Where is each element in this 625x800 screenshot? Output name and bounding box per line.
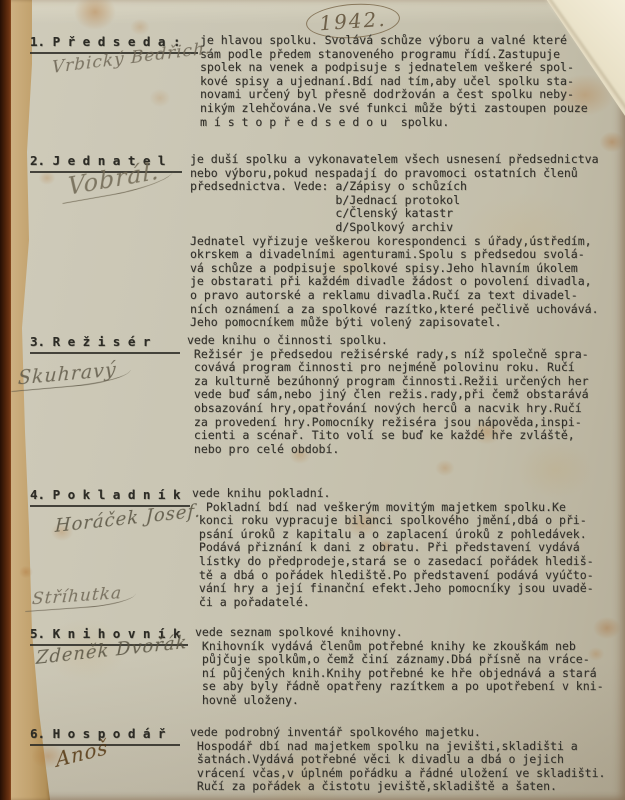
typed-line: nikým zlehčována.Ve své funkci může býti… <box>200 102 588 116</box>
typed-line: nebo pro celé období. <box>187 443 589 457</box>
typed-line: či a pořadatelé. <box>192 596 594 610</box>
typed-line: Knihovník vydává členům potřebné knihy k… <box>195 640 604 654</box>
typed-line: nebo výboru,pokud nespadají do pravomoci… <box>190 167 599 181</box>
section-body: vede knihu o činnosti spolku. Režisér je… <box>187 334 589 456</box>
year-label: 1942. <box>319 7 388 36</box>
typed-line: psání úroků z kapitalu a o zaplacení úro… <box>192 528 594 542</box>
typed-line: za kulturně bezúhonný program činnosti.R… <box>187 375 589 389</box>
typed-line: Pokladní bdí nad veškerým movitým majetk… <box>192 501 594 515</box>
typed-line: Režisér je předsedou režisérské rady,s n… <box>187 348 589 362</box>
typed-line: Ručí za pořádek a čistotu jeviště,skladi… <box>190 780 605 794</box>
typed-line: vrácení včas,v úplném pořádku a řádné ul… <box>190 767 605 781</box>
section-body: je duší spolku a vykonavatelem všech usn… <box>190 153 599 330</box>
typed-line: m í s t o p ř e d s e d o u spolku. <box>200 116 588 130</box>
typed-line: ních oznámení a za spolkové razítko,kter… <box>190 303 599 317</box>
section-body: vede podrobný inventář spolkového majetk… <box>190 726 605 794</box>
book-binding-edge <box>0 0 11 800</box>
typed-line: je obstarati při každém divadle žádost o… <box>190 275 599 289</box>
typed-line: za provedení hry.Pomocníky režiséra jsou… <box>187 416 589 430</box>
typed-line: hovně uloženy. <box>195 694 604 708</box>
typed-line: d/Spolkový archiv <box>190 221 599 235</box>
typed-line: vede knihu pokladní. <box>192 487 594 501</box>
typed-line: se aby byly řádně opatřeny razítkem a po… <box>195 680 604 694</box>
typed-line: je hlavou spolku. Svolává schůze výboru … <box>200 34 588 48</box>
typed-line: vede seznam spolkové knihovny. <box>195 626 604 640</box>
typed-line: Podává přiznání k dani z obratu. Při pře… <box>192 541 594 555</box>
typed-line: o pravo autorské a reklamu divadla.Ručí … <box>190 289 599 303</box>
section-body: vede seznam spolkové knihovny. Knihovník… <box>195 626 604 708</box>
typed-line: Hospodář dbí nad majetkem spolku na jevi… <box>190 740 605 754</box>
typed-line: šatnách.Vydává potřebné věci k divadlu a… <box>190 753 605 767</box>
typed-line: Jednatel vyřizuje veškerou korespondenci… <box>190 235 599 249</box>
typed-line: ní půjčených knih.Knihy potřebné ke hře … <box>195 667 604 681</box>
typed-line: vání hry a její finanční efekt.Jeho pomo… <box>192 582 594 596</box>
typed-line: konci roku vypracuje bilanci spolkového … <box>192 514 594 528</box>
typed-line: vá schůze a podpisuje spolkové spisy.Jeh… <box>190 262 599 276</box>
typed-line: vede knihu o činnosti spolku. <box>187 334 589 348</box>
typed-line: cienti a scénař. Tito volí se buď ke kaž… <box>187 429 589 443</box>
typed-line: novami určený byl přesně dodržován a čes… <box>200 88 588 102</box>
typed-line: vede podrobný inventář spolkového majetk… <box>190 726 605 740</box>
typed-line: okrskem a divadelními agenturami.Spolu s… <box>190 248 599 262</box>
typed-line: spolek na venek a podpisuje s jednatelem… <box>200 61 588 75</box>
typed-line: lístky do předprodeje,stará se o zasedac… <box>192 555 594 569</box>
typed-line: je duší spolku a vykonavatelem všech usn… <box>190 153 599 167</box>
section-body: je hlavou spolku. Svolává schůze výboru … <box>200 34 588 129</box>
typed-line: Jeho pomocníkem může býti volený zapisov… <box>190 316 599 330</box>
section-body: vede knihu pokladní. Pokladní bdí nad ve… <box>192 487 594 609</box>
typed-line: covává program činnosti pro nejméně polo… <box>187 361 589 375</box>
typed-line: předsednictva. Vede: a/Zápisy o schůzích <box>190 180 599 194</box>
section-header: 3. R e ž i s é r <box>30 334 180 354</box>
typed-line: tě a dbá o pořádek hlediště.Po představe… <box>192 569 594 583</box>
typed-line: sám podle předem stanoveného programu ří… <box>200 48 588 62</box>
typed-line: kové spisy a ujednaní.Bdí nad tím,aby uč… <box>200 75 588 89</box>
document-page: 1942. 1. P ř e d s e d a :je hlavou spol… <box>0 0 625 800</box>
typed-line: vede buď sám,nebo jiný člen režis.rady,p… <box>187 388 589 402</box>
typed-line: půjčuje spolkům,o čemž činí záznamy.Dbá … <box>195 653 604 667</box>
typed-line: c/Členský katastr <box>190 207 599 221</box>
typed-line: obsazování hry,opatřování nových herců a… <box>187 402 589 416</box>
